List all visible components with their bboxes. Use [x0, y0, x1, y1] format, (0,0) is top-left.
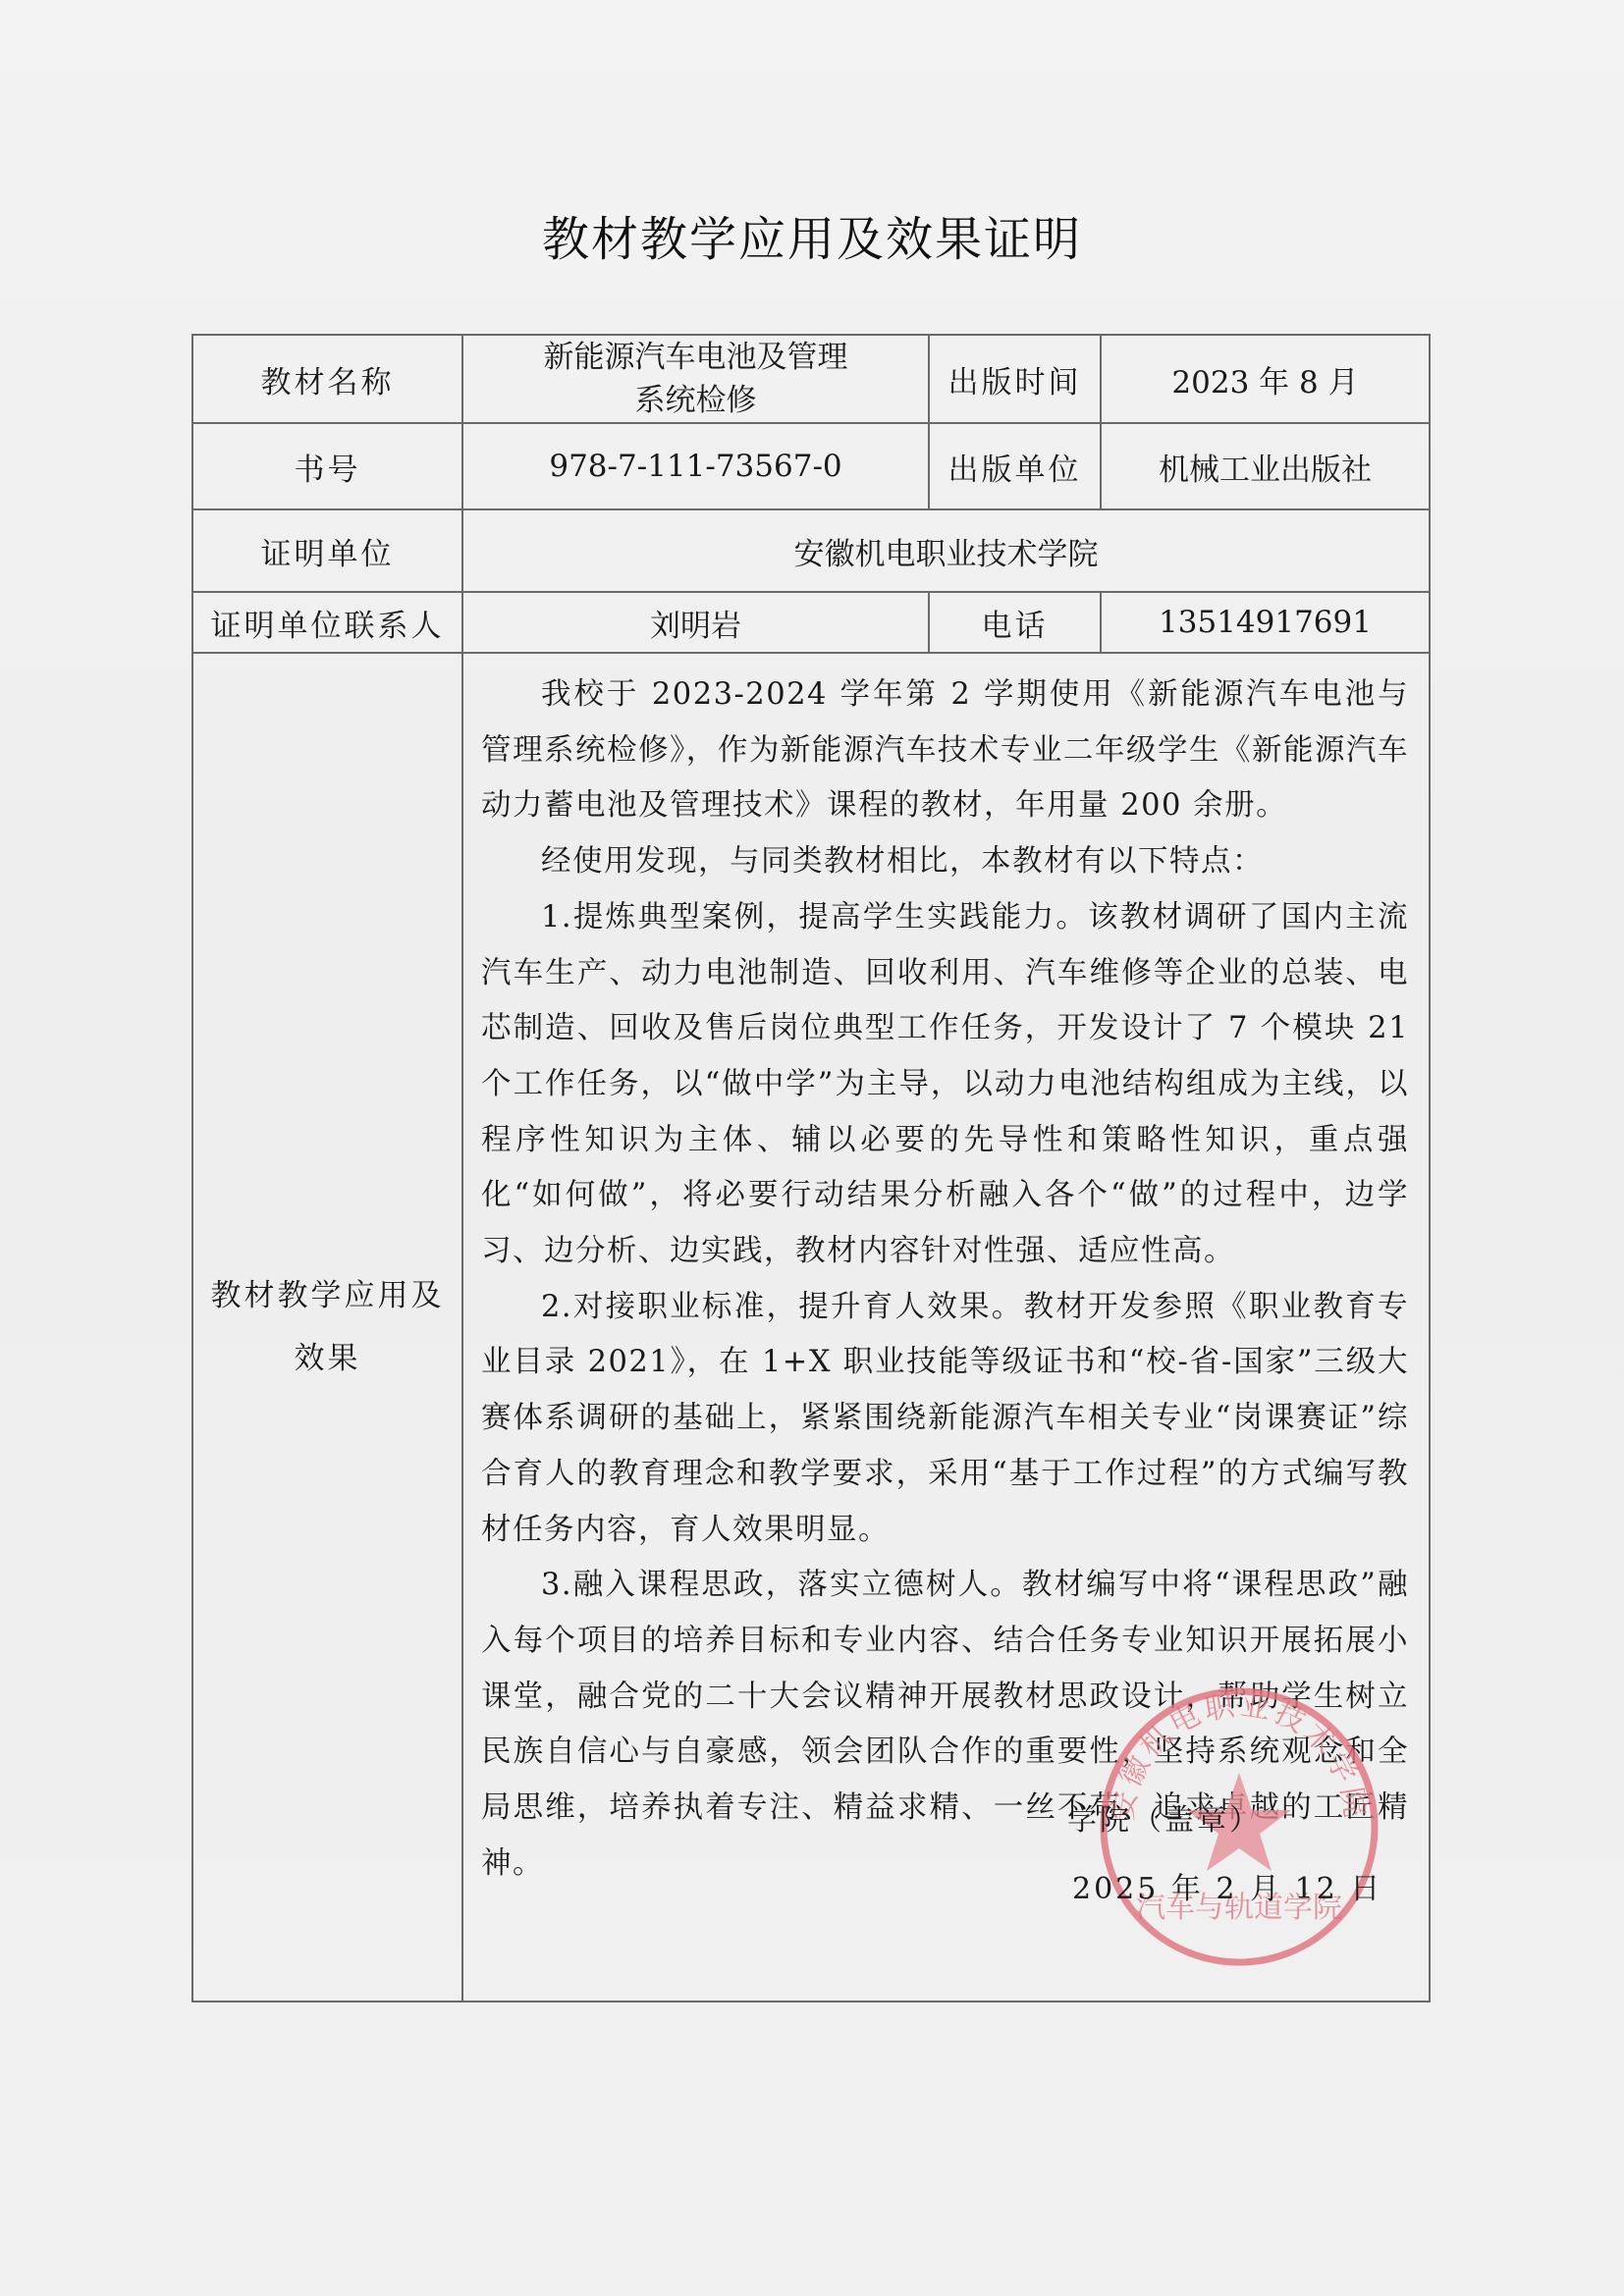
label-publish-time: 出版时间 [929, 335, 1101, 423]
signature-unit: 学院（盖章） [1067, 1795, 1429, 1839]
paragraph-features-intro: 经使用发现，与同类教材相比，本教材有以下特点： [481, 834, 1409, 890]
contact-person-value: 刘明岩 [462, 592, 929, 653]
document-page: 教材教学应用及效果证明 教材名称 新能源汽车电池及管理 系统检修 出版时间 20… [0, 0, 1624, 2296]
phone-value: 13514917691 [1101, 592, 1430, 653]
label-textbook-name: 教材名称 [192, 335, 462, 423]
paragraph-feature-3: 3.融入课程思政，落实立德树人。教材编写中将“课程思政”融入每个项目的培养目标和… [481, 1558, 1409, 1892]
label-phone: 电话 [929, 592, 1101, 653]
textbook-name-line1: 新能源汽车电池及管理 [463, 336, 928, 379]
paragraph-feature-2: 2.对接职业标准，提升育人效果。教材开发参照《职业教育专业目录 2021》，在 … [481, 1280, 1409, 1559]
paragraph-usage: 我校于 2023-2024 学年第 2 学期使用《新能源汽车电池与管理系统检修》… [481, 667, 1409, 834]
row-contact: 证明单位联系人 刘明岩 电话 13514917691 [192, 592, 1430, 653]
document-title: 教材教学应用及效果证明 [0, 201, 1624, 269]
isbn-value: 978-7-111-73567-0 [462, 423, 929, 509]
textbook-name-line2: 系统检修 [463, 379, 928, 422]
row-certifying-unit: 证明单位 安徽机电职业技术学院 [192, 509, 1430, 592]
label-contact-person: 证明单位联系人 [192, 592, 462, 653]
label-application-effect: 教材教学应用及 效果 [192, 653, 462, 2002]
signature-date: 2025 年 2 月 12 日 [1072, 1864, 1429, 1907]
application-effect-text: 我校于 2023-2024 学年第 2 学期使用《新能源汽车电池与管理系统检修》… [463, 654, 1429, 1892]
paragraph-feature-1: 1.提炼典型案例，提高学生实践能力。该教材调研了国内主流汽车生产、动力电池制造、… [481, 890, 1409, 1280]
publish-time-value: 2023 年 8 月 [1101, 335, 1430, 423]
textbook-name-value: 新能源汽车电池及管理 系统检修 [462, 335, 929, 423]
certificate-table: 教材名称 新能源汽车电池及管理 系统检修 出版时间 2023 年 8 月 书号 … [191, 334, 1431, 2002]
certifying-unit-value: 安徽机电职业技术学院 [462, 509, 1430, 592]
application-effect-content: 我校于 2023-2024 学年第 2 学期使用《新能源汽车电池与管理系统检修》… [462, 653, 1430, 2002]
row-isbn: 书号 978-7-111-73567-0 出版单位 机械工业出版社 [192, 423, 1430, 509]
publisher-value: 机械工业出版社 [1101, 423, 1430, 509]
label-application-effect-line2: 效果 [193, 1327, 461, 1390]
label-application-effect-line1: 教材教学应用及 [193, 1264, 461, 1327]
label-certifying-unit: 证明单位 [192, 509, 462, 592]
label-publisher: 出版单位 [929, 423, 1101, 509]
row-application-effect: 教材教学应用及 效果 我校于 2023-2024 学年第 2 学期使用《新能源汽… [192, 653, 1430, 2002]
row-textbook-name: 教材名称 新能源汽车电池及管理 系统检修 出版时间 2023 年 8 月 [192, 335, 1430, 423]
label-isbn: 书号 [192, 423, 462, 509]
